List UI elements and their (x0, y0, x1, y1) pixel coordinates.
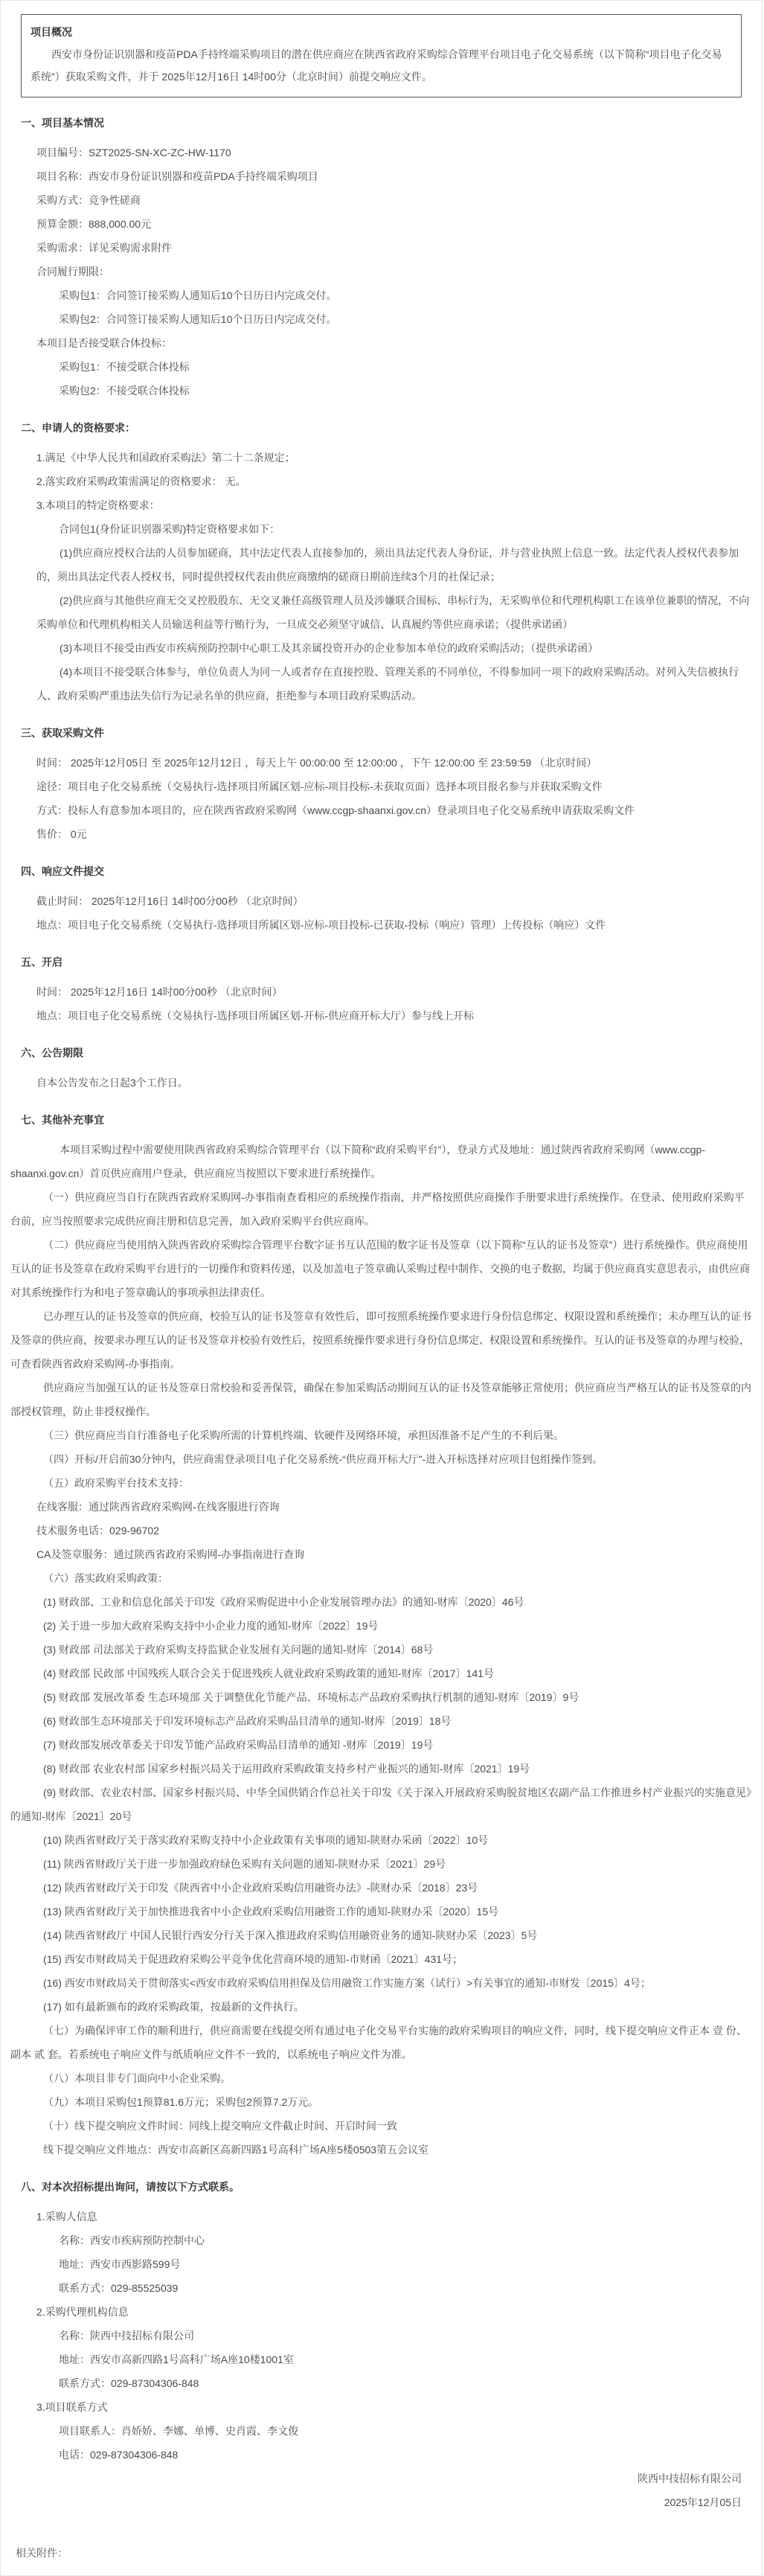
text-line: 地址：西安市高新四路1号高科广场A座10楼1001室 (59, 2348, 751, 2371)
text-line: （八）本项目非专门面向中小企业采购。 (10, 2066, 751, 2090)
text-line: 3.本项目的特定资格要求： (36, 493, 751, 517)
text-line: 在线客服：通过陕西省政府采购网-在线客服进行咨询 (36, 1495, 751, 1519)
text-line: 采购包1：合同签订接采购人通知后10个日历日内完成交付。 (59, 283, 751, 307)
text-line: 合同履行期限： (36, 260, 751, 283)
signature-company: 陕西中技招标有限公司 (1, 2467, 742, 2490)
text-line: （九）本项目采购包1预算81.6万元；采购包2预算7.2万元。 (10, 2090, 751, 2114)
section-heading: 四、响应文件提交 (21, 859, 751, 883)
text-line: (12) 陕西省财政厅关于印发《陕西省中小企业政府采购信用融资办法》-陕财办采〔… (10, 1876, 751, 1900)
text-line: (5) 财政部 发展改革委 生态环境部 关于调整优化节能产品、环境标志产品政府采… (10, 1685, 751, 1709)
text-line: 采购需求：详见采购需求附件 (36, 236, 751, 260)
text-line: 地点：项目电子化交易系统（交易执行-选择项目所属区划-应标-项目投标-已获取-投… (36, 913, 751, 937)
project-overview-paragraph: 西安市身份证识别器和疫苗PDA手持终端采购项目的潜在供应商应在陕西省政府采购综合… (31, 43, 732, 88)
text-line: 1.采购人信息 (36, 2205, 751, 2229)
text-line: (11) 陕西省财政厅关于进一步加强政府绿色采购有关问题的通知-陕财办采〔202… (10, 1852, 751, 1876)
text-line: (8) 财政部 农业农村部 国家乡村振兴局关于运用政府采购政策支持乡村产业振兴的… (10, 1757, 751, 1781)
text-line: 时间： 2025年12月05日 至 2025年12月12日 ，每天上午 00:0… (36, 751, 751, 775)
project-overview-title: 项目概况 (31, 21, 732, 43)
text-line: 本项目是否接受联合体投标： (36, 331, 751, 355)
text-line: (15) 西安市财政局关于促进政府采购公平竞争优化营商环境的通知-市财函〔202… (10, 1947, 751, 1971)
text-line: 方式：投标人有意参加本项目的，应在陕西省政府采购网（www.ccgp-shaan… (36, 798, 751, 822)
text-line: (13) 陕西省财政厅关于加快推进我省中小企业政府采购信用融资工作的通知-陕财办… (10, 1900, 751, 1923)
text-line: （五）政府采购平台技术支持： (10, 1471, 751, 1495)
text-line: 名称：西安市疾病预防控制中心 (59, 2229, 751, 2252)
text-line: (4) 财政部 民政部 中国残疾人联合会关于促进残疾人就业政府采购政策的通知-财… (10, 1662, 751, 1685)
text-line: (3)本项目不接受由西安市疾病预防控制中心职工及其亲属投资开办的企业参加本单位的… (36, 636, 751, 660)
section-3: 三、获取采购文件时间： 2025年12月05日 至 2025年12月12日 ，每… (1, 721, 751, 846)
section-8: 八、对本次招标提出询问，请按以下方式联系。1.采购人信息名称：西安市疾病预防控制… (1, 2175, 751, 2467)
text-line: （三）供应商应当自行准备电子化采购所需的计算机终端、软硬件及网络环境，承担因准备… (10, 1423, 751, 1447)
text-line: (3) 财政部 司法部关于政府采购支持监狱企业发展有关问题的通知-财库〔2014… (10, 1638, 751, 1662)
text-line: 截止时间： 2025年12月16日 14时00分00秒 （北京时间） (36, 889, 751, 913)
text-line: 联系方式：029-87304306-848 (59, 2371, 751, 2395)
text-line: 采购方式：竞争性磋商 (36, 188, 751, 212)
section-4: 四、响应文件提交截止时间： 2025年12月16日 14时00分00秒 （北京时… (1, 859, 751, 937)
text-line: 本项目采购过程中需要使用陕西省政府采购综合管理平台（以下简称“政府采购平台”），… (10, 1138, 751, 1185)
text-line: (1)供应商应授权合法的人员参加磋商，其中法定代表人直接参加的，须出具法定代表人… (36, 541, 751, 589)
text-line: 线下提交响应文件地点：西安市高新区高新四路1号高科广场A座5楼0503第五会议室 (10, 2138, 751, 2162)
related-attachments-label: 相关附件： (16, 2541, 762, 2565)
section-heading: 二、申请人的资格要求： (21, 416, 751, 440)
section-heading: 五、开启 (21, 950, 751, 974)
text-line: 已办理互认的证书及签章的供应商，校验互认的证书及签章有效性后，即可按照系统操作要… (10, 1304, 751, 1376)
section-5: 五、开启时间： 2025年12月16日 14时00分00秒 （北京时间）地点：项… (1, 950, 751, 1028)
text-line: 项目名称：西安市身份证识别器和疫苗PDA手持终端采购项目 (36, 164, 751, 188)
text-line: 名称：陕西中技招标有限公司 (59, 2324, 751, 2348)
text-line: （十）线下提交响应文件时间：同线上提交响应文件截止时间、开启时间一致 (10, 2114, 751, 2138)
text-line: (2)供应商与其他供应商无交叉控股股东、无交叉兼任高级管理人员及涉嫌联合围标、串… (36, 589, 751, 636)
signature-block: 陕西中技招标有限公司 2025年12月05日 (1, 2467, 742, 2514)
text-line: 地址：西安市西影路599号 (59, 2252, 751, 2276)
text-line: 采购包2：合同签订接采购人通知后10个日历日内完成交付。 (59, 307, 751, 331)
text-line: 3.项目联系方式 (36, 2395, 751, 2419)
text-line: (4)本项目不接受联合体参与，单位负责人为同一人或者存在直接控股、管理关系的不同… (36, 660, 751, 708)
section-heading: 三、获取采购文件 (21, 721, 751, 745)
section-6: 六、公告期限自本公告发布之日起3个工作日。 (1, 1041, 751, 1095)
text-line: 供应商应当加强互认的证书及签章日常校验和妥善保管，确保在参加采购活动期间互认的证… (10, 1376, 751, 1423)
document-sections: 一、项目基本情况项目编号：SZT2025-SN-XC-ZC-HW-1170项目名… (1, 111, 762, 2467)
text-line: (16) 西安市财政局关于贯彻落实<西安市政府采购信用担保及信用融资工作实施方案… (10, 1971, 751, 1995)
section-7: 七、其他补充事宜本项目采购过程中需要使用陕西省政府采购综合管理平台（以下简称“政… (1, 1108, 751, 2162)
text-line: 采购包1：不接受联合体投标 (59, 355, 751, 379)
text-line: 技术服务电话：029-96702 (36, 1519, 751, 1542)
text-line: 2.采购代理机构信息 (36, 2300, 751, 2324)
text-line: 售价： 0元 (36, 822, 751, 846)
text-line: 采购包2：不接受联合体投标 (59, 379, 751, 403)
text-line: （一）供应商应当自行在陕西省政府采购网-办事指南查看相应的系统操作指南，并严格按… (10, 1185, 751, 1233)
text-line: (17) 如有最新颁布的政府采购政策，按最新的文件执行。 (10, 1995, 751, 2019)
text-line: 时间： 2025年12月16日 14时00分00秒 （北京时间） (36, 980, 751, 1004)
text-line: （七）为确保评审工作的顺利进行，供应商需要在线提交所有通过电子化交易平台实施的政… (10, 2019, 751, 2066)
text-line: 合同包1(身份证识别器采购)特定资格要求如下： (59, 517, 751, 541)
text-line: 项目联系人：肖娇娇、李娜、单博、史肖霞、李文俊 (59, 2419, 751, 2443)
text-line: (6) 财政部生态环境部关于印发环境标志产品政府采购品目清单的通知-财库〔201… (10, 1709, 751, 1733)
section-heading: 一、项目基本情况 (21, 111, 751, 135)
text-line: 项目编号：SZT2025-SN-XC-ZC-HW-1170 (36, 141, 751, 164)
section-heading: 六、公告期限 (21, 1041, 751, 1065)
section-2: 二、申请人的资格要求：1.满足《中华人民共和国政府采购法》第二十二条规定；2.落… (1, 416, 751, 708)
text-line: (14) 陕西省财政厅 中国人民银行西安分行关于深入推进政府采购信用融资业务的通… (10, 1923, 751, 1947)
text-line: 2.落实政府采购政策需满足的资格要求： 无。 (36, 470, 751, 493)
announcement-page: 项目概况 西安市身份证识别器和疫苗PDA手持终端采购项目的潜在供应商应在陕西省政… (0, 0, 763, 2576)
text-line: (9) 财政部、农业农村部、国家乡村振兴局、中华全国供销合作总社关于印发《关于深… (10, 1781, 751, 1828)
signature-date: 2025年12月05日 (1, 2490, 742, 2514)
section-heading: 七、其他补充事宜 (21, 1108, 751, 1132)
text-line: (2) 关于进一步加大政府采购支持中小企业力度的通知-财库〔2022〕19号 (10, 1614, 751, 1638)
text-line: （六）落实政府采购政策： (10, 1566, 751, 1590)
text-line: 自本公告发布之日起3个工作日。 (36, 1071, 751, 1095)
text-line: (10) 陕西省财政厅关于落实政府采购支持中小企业政策有关事项的通知-陕财办采函… (10, 1828, 751, 1852)
text-line: （二）供应商应当使用纳入陕西省政府采购综合管理平台数字证书互认范围的数字证书及签… (10, 1233, 751, 1304)
text-line: (1) 财政部、工业和信息化部关于印发《政府采购促进中小企业发展管理办法》的通知… (10, 1590, 751, 1614)
text-line: 地点：项目电子化交易系统（交易执行-选择项目所属区划-开标-供应商开标大厅）参与… (36, 1004, 751, 1028)
text-line: CA及签章服务：通过陕西省政府采购网-办事指南进行查询 (36, 1542, 751, 1566)
section-heading: 八、对本次招标提出询问，请按以下方式联系。 (21, 2175, 751, 2199)
text-line: (7) 财政部发展改革委关于印发节能产品政府采购品目清单的通知 -财库〔2019… (10, 1733, 751, 1757)
text-line: 1.满足《中华人民共和国政府采购法》第二十二条规定； (36, 446, 751, 470)
text-line: 途径：项目电子化交易系统（交易执行-选择项目所属区划-应标-项目投标-未获取页面… (36, 775, 751, 798)
text-line: 联系方式：029-85525039 (59, 2276, 751, 2300)
project-overview-box: 项目概况 西安市身份证识别器和疫苗PDA手持终端采购项目的潜在供应商应在陕西省政… (21, 14, 742, 97)
text-line: （四）开标/开启前30分钟内，供应商需登录项目电子化交易系统-“供应商开标大厅”… (10, 1447, 751, 1471)
text-line: 电话：029-87304306-848 (59, 2443, 751, 2467)
text-line: 预算金额：888,000.00元 (36, 212, 751, 236)
section-1: 一、项目基本情况项目编号：SZT2025-SN-XC-ZC-HW-1170项目名… (1, 111, 751, 403)
